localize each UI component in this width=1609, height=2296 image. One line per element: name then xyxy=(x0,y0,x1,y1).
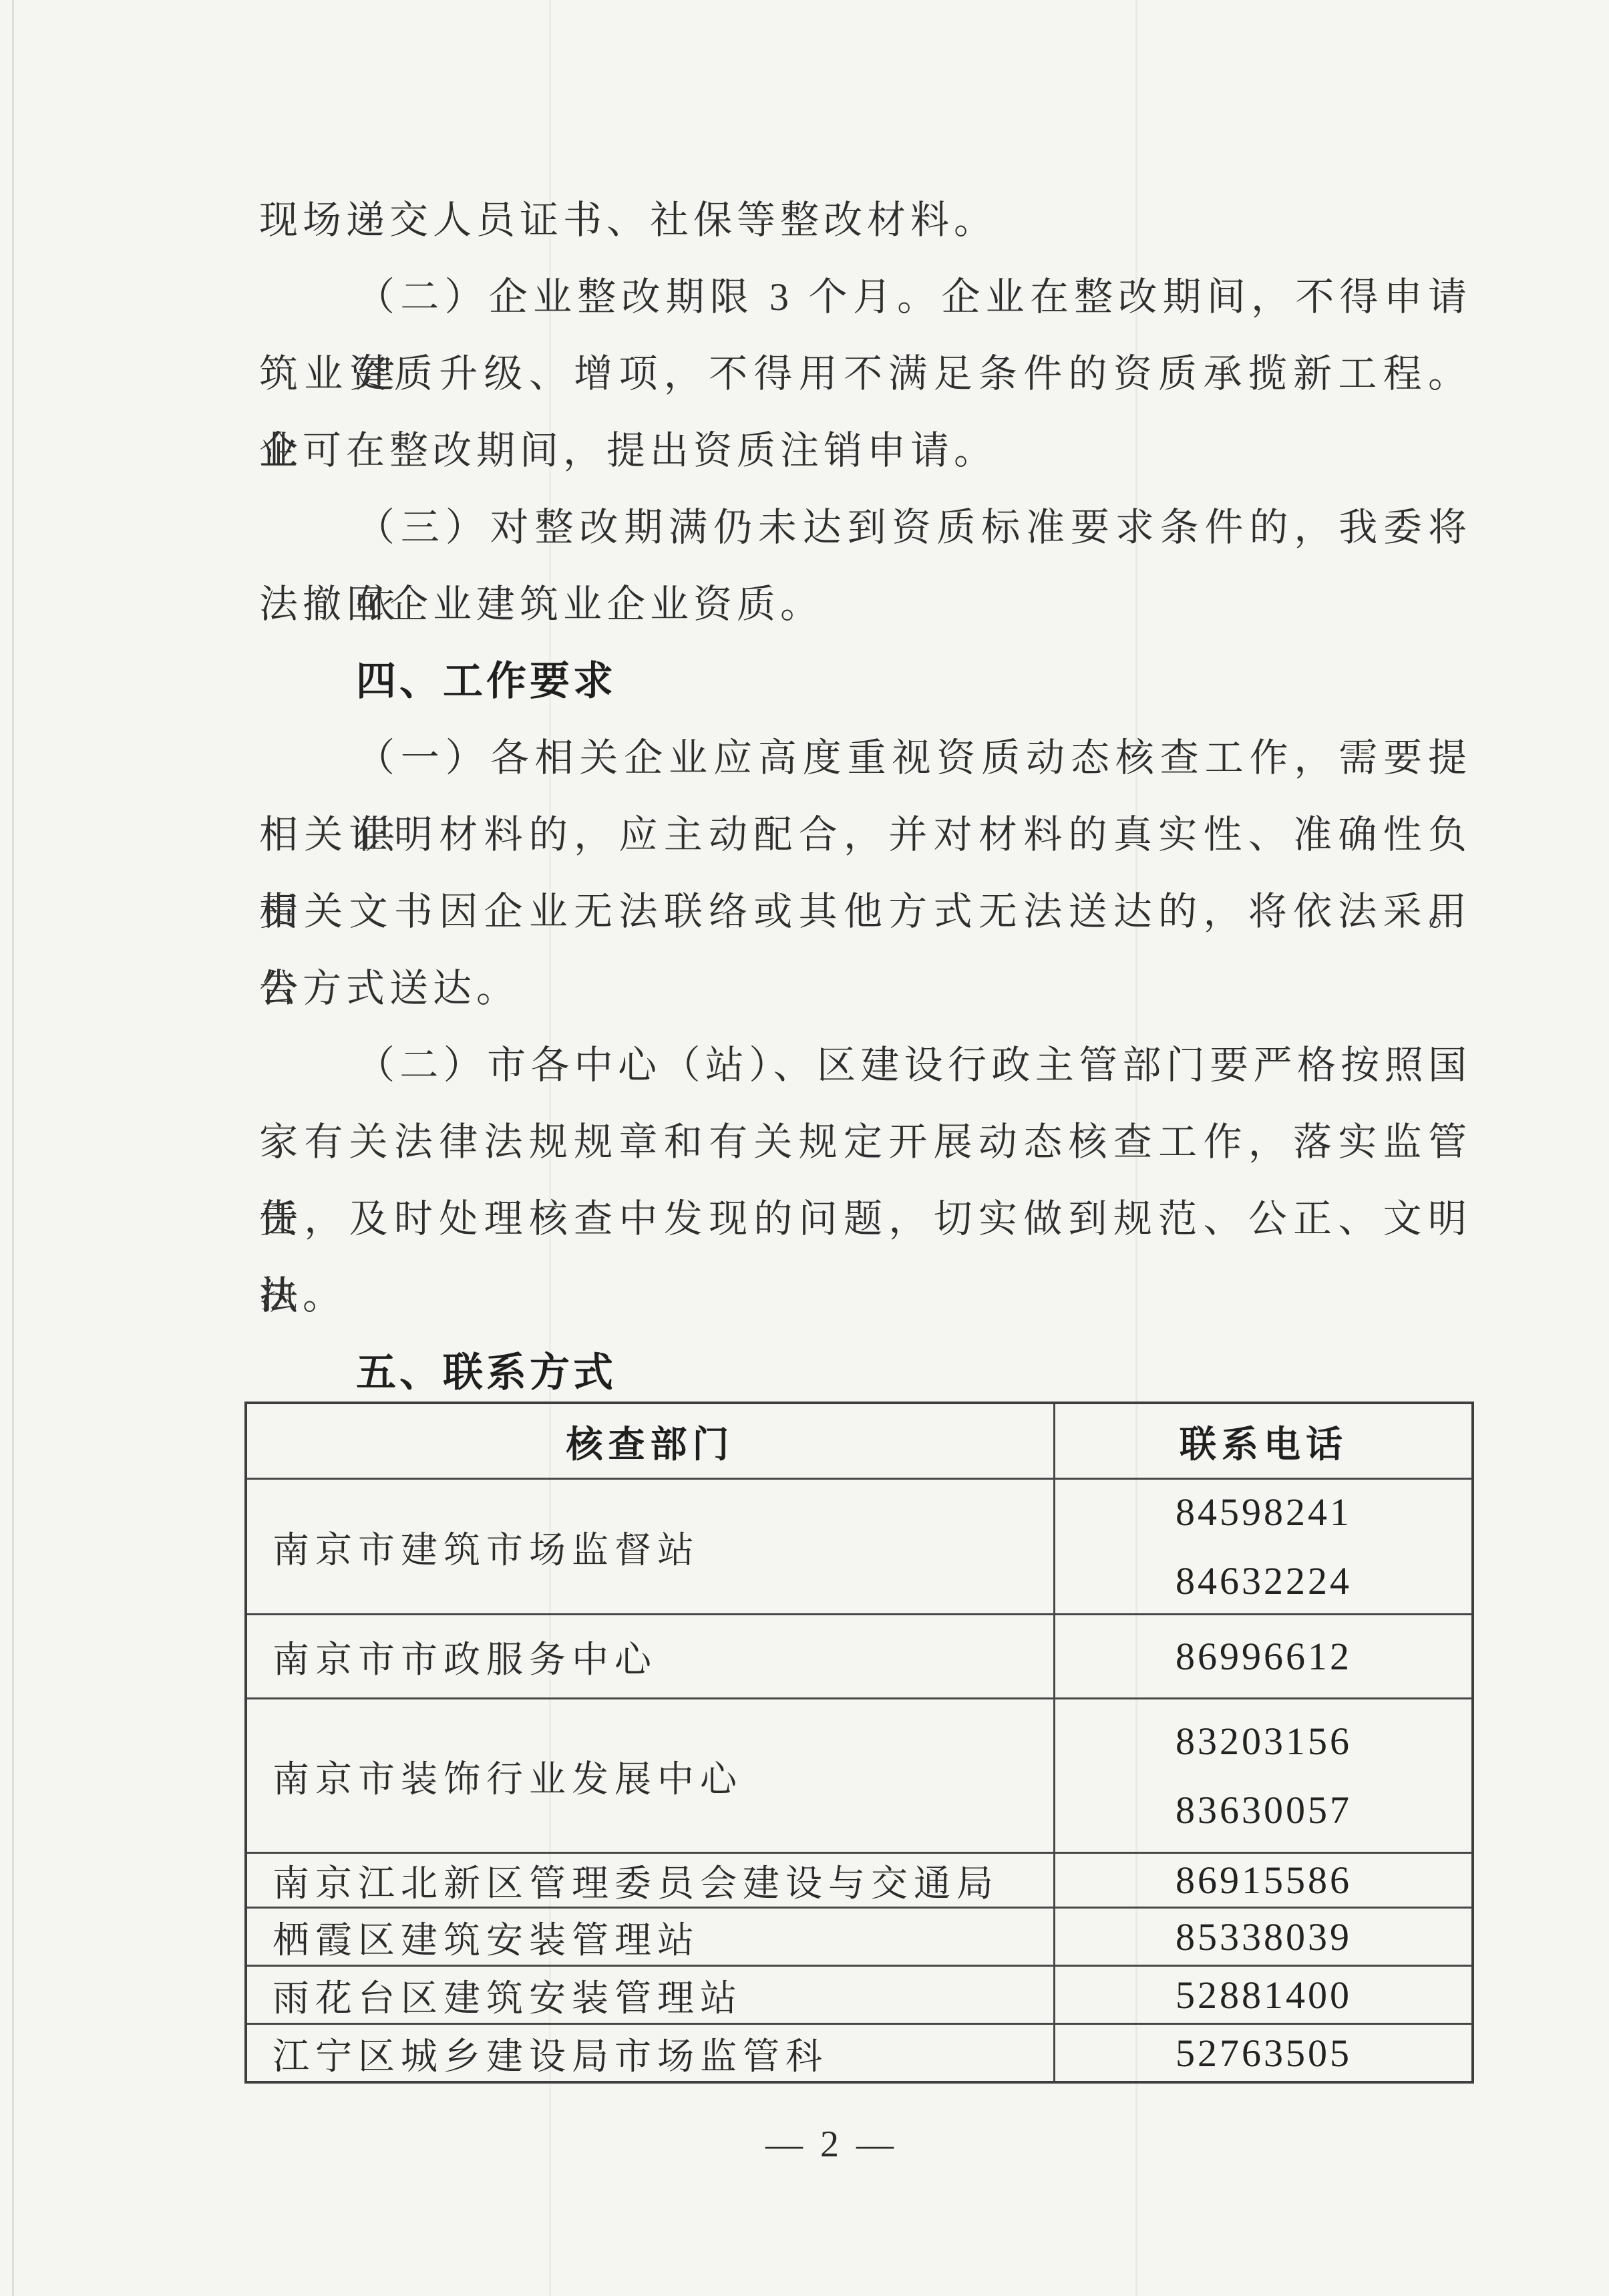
phone-number: 84632224 xyxy=(1176,1546,1352,1613)
phone-cell: 52881400 xyxy=(1053,1965,1472,2023)
table-header-department: 核查部门 xyxy=(247,1404,1053,1478)
body-line: （一）各相关企业应高度重视资质动态核查工作，需要提供 xyxy=(259,719,1471,796)
phone-number: 52881400 xyxy=(1176,1965,1352,2023)
department-cell: 南京市装饰行业发展中心 xyxy=(247,1697,1053,1852)
department-cell: 南京市建筑市场监督站 xyxy=(247,1478,1053,1613)
phone-number: 84598241 xyxy=(1176,1478,1352,1546)
body-line: 任，及时处理核查中发现的问题，切实做到规范、公正、文明执 xyxy=(259,1180,1471,1257)
phone-cell: 85338039 xyxy=(1053,1907,1472,1965)
body-line: 法。 xyxy=(259,1257,1471,1334)
phone-number: 86915586 xyxy=(1176,1852,1352,1907)
section-heading: 五、联系方式 xyxy=(259,1334,1471,1411)
body-line: （二）市各中心（站）、区建设行政主管部门要严格按照国 xyxy=(259,1027,1471,1104)
body-line: 法撤回企业建筑业企业资质。 xyxy=(259,566,1471,643)
body-line: 现场递交人员证书、社保等整改材料。 xyxy=(259,182,1471,259)
department-cell: 雨花台区建筑安装管理站 xyxy=(247,1965,1053,2023)
body-line: 告方式送达。 xyxy=(259,950,1471,1027)
document-body-text: 现场递交人员证书、社保等整改材料。（二）企业整改期限 3 个月。企业在整改期间，… xyxy=(259,182,1471,1411)
phone-number: 52763505 xyxy=(1176,2023,1352,2081)
body-line: 相关证明材料的，应主动配合，并对材料的真实性、准确性负责。 xyxy=(259,796,1471,873)
department-cell: 南京江北新区管理委员会建设与交通局 xyxy=(247,1852,1053,1907)
body-line: 相关文书因企业无法联络或其他方式无法送达的，将依法采用公 xyxy=(259,873,1471,950)
section-heading: 四、工作要求 xyxy=(259,643,1471,719)
phone-number: 83630057 xyxy=(1176,1776,1352,1844)
phone-cell: 8320315683630057 xyxy=(1053,1697,1472,1852)
body-line: （二）企业整改期限 3 个月。企业在整改期间，不得申请建 xyxy=(259,259,1471,335)
body-line: 筑业资质升级、增项，不得用不满足条件的资质承揽新工程。企 xyxy=(259,335,1471,412)
body-line: 业可在整改期间，提出资质注销申请。 xyxy=(259,412,1471,489)
phone-number: 83203156 xyxy=(1176,1707,1352,1776)
page-number-footer: — 2 — xyxy=(765,2123,898,2166)
body-line: 家有关法律法规规章和有关规定开展动态核查工作，落实监管责 xyxy=(259,1104,1471,1180)
phone-number: 86996612 xyxy=(1176,1622,1352,1691)
contact-table: 核查部门 联系电话 南京市建筑市场监督站8459824184632224南京市市… xyxy=(244,1402,1474,2084)
phone-number: 85338039 xyxy=(1176,1907,1352,1965)
department-cell: 江宁区城乡建设局市场监管科 xyxy=(247,2023,1053,2081)
department-cell: 南京市市政服务中心 xyxy=(247,1613,1053,1697)
paper-edge-line xyxy=(12,0,14,2296)
phone-cell: 86996612 xyxy=(1053,1613,1472,1697)
body-line: （三）对整改期满仍未达到资质标准要求条件的，我委将依 xyxy=(259,489,1471,566)
phone-cell: 52763505 xyxy=(1053,2023,1472,2081)
table-header-phone: 联系电话 xyxy=(1053,1404,1472,1478)
phone-cell: 8459824184632224 xyxy=(1053,1478,1472,1613)
phone-cell: 86915586 xyxy=(1053,1852,1472,1907)
scanned-document-page: 现场递交人员证书、社保等整改材料。（二）企业整改期限 3 个月。企业在整改期间，… xyxy=(0,0,1609,2296)
department-cell: 栖霞区建筑安装管理站 xyxy=(247,1907,1053,1965)
